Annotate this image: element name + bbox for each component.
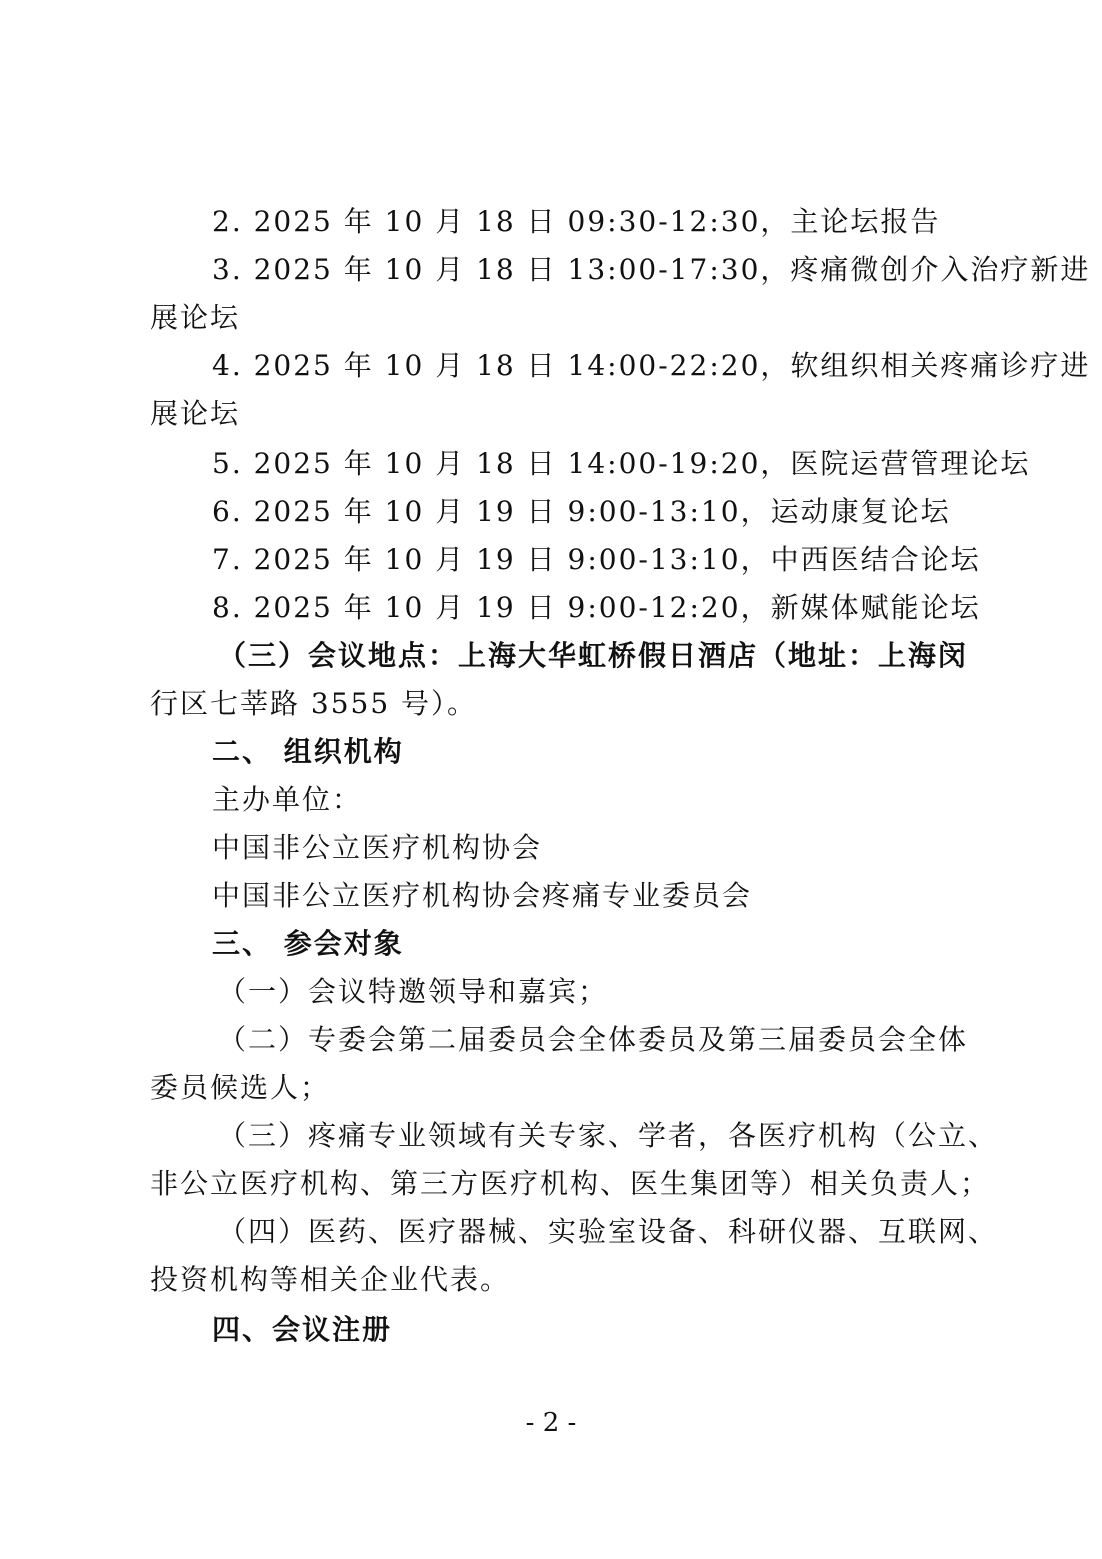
schedule-item: 6. 2025 年 10 月 19 日 9:00-13:10，运动康复论坛 xyxy=(212,488,951,536)
attendee-line: （一）会议特邀领导和嘉宾； xyxy=(218,968,608,1016)
schedule-item: 2. 2025 年 10 月 18 日 09:30-12:30，主论坛报告 xyxy=(212,198,940,246)
section-heading-organization: 二、 组织机构 xyxy=(212,728,404,776)
schedule-item: 5. 2025 年 10 月 18 日 14:00-19:20，医院运营管理论坛 xyxy=(212,440,1030,488)
host-org: 中国非公立医疗机构协会 xyxy=(212,824,542,872)
venue-line: （三）会议地点：上海大华虹桥假日酒店（地址：上海闵 xyxy=(218,632,968,680)
attendee-line: （三）疼痛专业领域有关专家、学者，各医疗机构（公立、 xyxy=(218,1112,998,1160)
attendee-line-cont: 投资机构等相关企业代表。 xyxy=(150,1256,510,1304)
schedule-item: 8. 2025 年 10 月 19 日 9:00-12:20，新媒体赋能论坛 xyxy=(212,584,981,632)
page-number: - 2 - xyxy=(0,1408,1102,1438)
section-heading-registration: 四、会议注册 xyxy=(212,1306,392,1354)
host-label: 主办单位： xyxy=(212,776,362,824)
venue-line-cont: 行区七莘路 3555 号）。 xyxy=(150,680,477,728)
attendee-line: （四）医药、医疗器械、实验室设备、科研仪器、互联网、 xyxy=(218,1208,998,1256)
attendee-line-cont: 非公立医疗机构、第三方医疗机构、医生集团等）相关负责人； xyxy=(150,1160,990,1208)
host-org: 中国非公立医疗机构协会疼痛专业委员会 xyxy=(212,872,752,920)
section-heading-attendees: 三、 参会对象 xyxy=(212,920,404,968)
schedule-item: 4. 2025 年 10 月 18 日 14:00-22:20，软组织相关疼痛诊… xyxy=(212,342,1090,390)
schedule-item-cont: 展论坛 xyxy=(150,390,240,438)
attendee-line: （二）专委会第二届委员会全体委员及第三届委员会全体 xyxy=(218,1016,968,1064)
schedule-item: 7. 2025 年 10 月 19 日 9:00-13:10，中西医结合论坛 xyxy=(212,536,981,584)
schedule-item-cont: 展论坛 xyxy=(150,294,240,342)
schedule-item: 3. 2025 年 10 月 18 日 13:00-17:30，疼痛微创介入治疗… xyxy=(212,246,1090,294)
attendee-line-cont: 委员候选人； xyxy=(150,1064,330,1112)
